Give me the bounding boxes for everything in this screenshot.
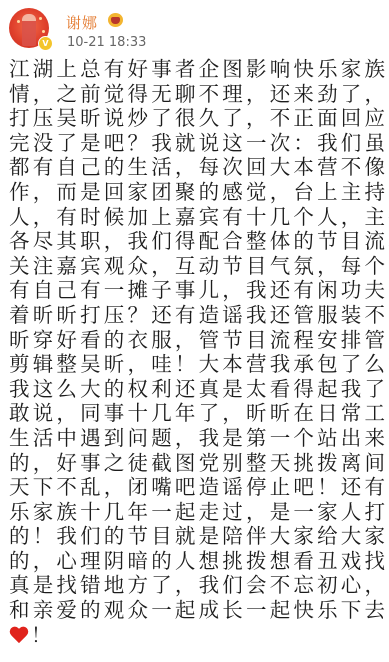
post-text-segment: 和亲爱的观众一起成长一起快乐下去	[9, 598, 388, 622]
avatar-sparkle	[17, 20, 20, 23]
post-text-line: 完没了是吧？我就说这一次：我们虽然各自	[9, 131, 385, 156]
post-text-line: 真是找错地方了，我们会不忘初心，继续	[9, 573, 385, 598]
post-header: V 谢娜 10-21 18:33	[0, 0, 389, 56]
post-text-line: 昕穿好看的衣服，管节目流程安排管后期	[9, 328, 385, 353]
post-text-line: 的！我们的节目就是陪伴大家给大家快乐	[9, 524, 385, 549]
post-text-line: 我这么大的权利还真是太看得起我了！我	[9, 377, 385, 402]
avatar-figure	[22, 14, 36, 46]
post-text-line: 剪辑整吴昕，哇！大本营我承包了么？给	[9, 352, 385, 377]
avatar-sparkle	[39, 17, 42, 20]
post-text-line: 各尽其职，我们得配合整体的节目流程，	[9, 229, 385, 254]
post-text-line: 江湖上总有好事者企图影响快乐家族的感	[9, 57, 385, 82]
post-text-line: 作，而是回家团聚的感觉，台上主持五个	[9, 180, 385, 205]
post-text-line-last: 和亲爱的观众一起成长一起快乐下去	[9, 598, 385, 623]
red-heart-emoji-icon	[9, 627, 29, 645]
post-text-line: 天下不乱，闭嘴吧造谣停止吧！还有，快	[9, 475, 385, 500]
post-text-line: 关注嘉宾观众，互动节目气氛，每个人都	[9, 254, 385, 279]
weibo-post: V 谢娜 10-21 18:33 江湖上总有好事者企图影响快乐家族的感 情，之前…	[0, 0, 389, 662]
post-text-line: 乐家族十几年一起走过，是一家人打不散	[9, 500, 385, 525]
avatar-sparkle	[42, 30, 45, 33]
post-timestamp: 10-21 18:33	[67, 35, 146, 50]
post-text-line: 有自己有一摊子事儿，我还有闲功夫去盯	[9, 278, 385, 303]
post-text-line: 着昕昕打压？还有造谣我还管服装不让吴	[9, 303, 385, 328]
post-text-line: 的，心理阴暗的人想挑拨想看丑戏找我们	[9, 549, 385, 574]
post-text-line: 生活中遇到问题，我是第一个站出来挺她	[9, 426, 385, 451]
post-text-line: 打压吴昕说炒了很久了，不正面回应就没	[9, 106, 385, 131]
post-text-line-final: ！	[9, 623, 385, 648]
username[interactable]: 谢娜	[66, 12, 98, 33]
post-text-line: 敢说，同事十几年了，昕昕在日常工作和	[9, 401, 385, 426]
post-text-line: 情，之前觉得无聊不理，还来劲了， 说我	[9, 82, 385, 107]
post-text-line: 的，好事之徒截图党别整天挑拨离间唯恐	[9, 451, 385, 476]
verified-badge-icon: V	[38, 36, 53, 51]
vip-crown-icon[interactable]	[108, 13, 123, 27]
exclamation-text: ！	[31, 623, 54, 647]
post-text-line: 都有自己的生活，每次回大本营不像工	[9, 155, 385, 180]
post-text-line: 人，有时候加上嘉宾有十几个人，主持人	[9, 205, 385, 230]
post-body: 江湖上总有好事者企图影响快乐家族的感 情，之前觉得无聊不理，还来劲了， 说我 打…	[9, 57, 385, 647]
